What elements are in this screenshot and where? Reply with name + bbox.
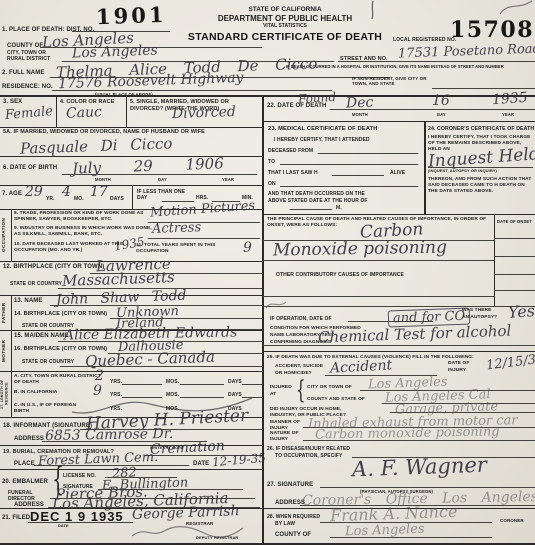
- accident-label-1: ACCIDENT, SUICIDE: [275, 364, 323, 370]
- coroner-certificate-title: 24. CORONER'S CERTIFICATE OF DEATH: [428, 126, 534, 132]
- mos-label: MOS.: [166, 379, 179, 385]
- injury-city-label: CITY OR TOWN OF: [307, 385, 352, 391]
- death-year-value: 1935: [491, 90, 528, 108]
- medical-line-3: TO: [268, 159, 275, 165]
- when-required-label-2: BY LAW: [275, 521, 295, 527]
- registrar-signature: George Parrish: [132, 503, 240, 523]
- local-registered-number: 15708: [450, 17, 534, 43]
- nature-label-2: INJURY: [270, 437, 288, 443]
- year-label: YEAR: [502, 112, 514, 117]
- accident-value: Accident: [330, 357, 393, 376]
- residence-b-label: B. IN CALIFORNIA: [14, 390, 57, 396]
- sex-label: 3. SEX: [3, 99, 22, 106]
- father-side-label: FATHER: [1, 297, 7, 329]
- father-name-label: 13. NAME: [14, 298, 42, 305]
- physician-signature: A. F. Wagner: [352, 453, 488, 482]
- district-number-stamp: 1901: [96, 2, 167, 29]
- street-note: IF DEATH OCCURRED IN A HOSPITAL OR INSTI…: [286, 64, 504, 69]
- medical-m-label: M.: [336, 205, 342, 211]
- hrs-label: HRS.: [196, 195, 208, 201]
- injury-date-label-2: INJURY: [448, 368, 466, 374]
- signature-label: 27. SIGNATURE: [267, 482, 313, 489]
- local-registered-label: LOCAL REGISTERED NO.: [393, 37, 456, 43]
- certificate-title: STANDARD CERTIFICATE OF DEATH: [165, 31, 405, 43]
- yrs-label: YRS.: [110, 379, 122, 385]
- medical-certificate-title: 23. MEDICAL CERTIFICATE OF DEATH: [268, 126, 377, 133]
- industry-value: Actress: [152, 220, 202, 237]
- injury-place-label-1: DID INJURY OCCUR IN HOME,: [270, 407, 342, 413]
- day-label: DAY: [437, 112, 446, 117]
- injury-date-label-1: DATE OF: [448, 361, 469, 367]
- accident-label-2: OR HOMICIDE?: [275, 371, 312, 377]
- spouse-label: 5A. IF MARRIED, WIDOWED OR DIVORCED, NAM…: [3, 129, 205, 136]
- mother-side-label: MOTHER: [1, 333, 7, 369]
- death-found-note: Found: [298, 90, 337, 107]
- brace-glyph: {: [296, 375, 306, 406]
- years-spent-label: 11. TOTAL YEARS SPENT IN THIS OCCUPATION: [136, 243, 228, 255]
- death-certificate-scan: 1901 STATE OF CALIFORNIA DEPARTMENT OF P…: [0, 0, 535, 545]
- state-or-country-label: STATE OR COUNTRY: [10, 281, 62, 287]
- month-label: MONTH: [95, 177, 111, 182]
- trade-label: 8. TRADE, PROFESSION OR KIND OF WORK DON…: [14, 211, 159, 223]
- last-worked-label: 10. DATE DECEASED LAST WORKED AT THIS OC…: [14, 242, 126, 254]
- disease-injury-label-1: 26. IF DISEASE/INJURY RELATED: [267, 446, 350, 452]
- medical-line-7: ABOVE STATED DATE AT THE HOUR OF: [268, 198, 368, 204]
- coroner-paren-note: (INQUEST, AUTOPSY OR INQUIRY): [428, 169, 497, 174]
- age-days-value: 17: [90, 184, 108, 200]
- residence-label: RESIDENCE: NO.: [2, 84, 53, 91]
- year-label: YEAR: [222, 177, 234, 182]
- ink-mark: [498, 0, 534, 16]
- contributory-causes-label: OTHER CONTRIBUTORY CAUSES OF IMPORTANCE: [276, 272, 404, 278]
- coroner-line-3: THEREON, AND FROM SUCH ACTION THAT SAID …: [428, 177, 532, 194]
- medical-line-4: THAT I LAST SAW H: [268, 170, 318, 176]
- residence-a-value: 2: [95, 368, 104, 384]
- age-years-value: 29: [25, 184, 43, 200]
- medical-line-4b: ALIVE: [390, 170, 405, 176]
- years-spent-value: 9: [243, 240, 252, 256]
- medical-line-5: ON: [268, 181, 276, 187]
- ink-mark: [264, 297, 288, 311]
- mother-name-label: 15. MAIDEN NAME: [14, 333, 69, 340]
- manner-label-1: MANNER OF: [270, 420, 300, 426]
- medical-line-6: AND THAT DEATH OCCURRED ON THE: [268, 191, 365, 197]
- if-less-than-label: IF LESS THAN ONE DAY: [137, 189, 189, 201]
- occupation-side-label: OCCUPATION: [1, 210, 7, 260]
- street-value: 17531 Posetano Road: [398, 42, 535, 62]
- autopsy-value: Yes: [507, 301, 535, 322]
- injury-county-label: COUNTY AND STATE OF: [307, 397, 365, 403]
- filed-date-label: DATE: [58, 524, 68, 529]
- cause-of-death-line2: Monoxide poisoning: [273, 237, 447, 260]
- county-of-label: COUNTY OF: [275, 532, 311, 539]
- age-label: 7. AGE: [2, 191, 22, 198]
- autopsy-label-2: AN AUTOPSY?: [462, 315, 497, 321]
- yr-label: YR.: [46, 196, 55, 202]
- death-day-value: 16: [432, 93, 450, 109]
- when-required-label-1: 28. WHEN REQUIRED: [267, 514, 320, 520]
- age-months-value: 4: [62, 184, 71, 200]
- month-label: MONTH: [352, 112, 368, 117]
- disease-injury-label-2: TO OCCUPATION, SPECIFY: [275, 453, 342, 459]
- ink-mark: [368, 0, 378, 20]
- medical-line-2: DECEASED FROM: [268, 148, 313, 154]
- injury-date-value: 12/15/35: [485, 351, 535, 373]
- city-value: Los Angeles: [72, 43, 158, 62]
- nonresident-note: IF NON-RESIDENT, GIVE CITY OR TOWN, AND …: [352, 76, 430, 87]
- marital-value: Divorced: [172, 104, 236, 122]
- sex-value: Female: [4, 104, 53, 123]
- deputy-registrar-label: DEPUTY REGISTRAR: [196, 536, 238, 541]
- injured-at-label-2: AT: [270, 392, 276, 398]
- mother-state-label: STATE OR COUNTRY: [22, 359, 74, 365]
- date-of-onset-label: DATE OF ONSET: [497, 219, 533, 224]
- license-label: LICENSE NO.: [63, 473, 96, 479]
- full-name-label: 2. FULL NAME: [2, 70, 44, 77]
- filed-label: 21. FILED: [2, 515, 30, 522]
- race-value: Cauc: [66, 104, 103, 122]
- injured-at-label-1: INJURED: [270, 385, 292, 391]
- dob-label: 6. DATE OF BIRTH: [3, 165, 57, 172]
- spouse-value: Pasquale Di Cicco: [20, 134, 173, 157]
- vital-statistics-label: VITAL STATISTICS: [165, 23, 405, 29]
- nature-label-1: NATURE OF: [270, 431, 299, 437]
- informant-address-label: ADDRESS: [14, 436, 44, 443]
- father-birthplace-label: 14. BIRTHPLACE (CITY OR TOWN): [14, 311, 107, 318]
- birthplace-state-value: Massachusetts: [62, 268, 175, 290]
- physician-address-label: ADDRESS: [275, 500, 305, 507]
- autopsy-label-1: WAS THERE: [462, 308, 491, 314]
- operation-date-label: IF OPERATION, DATE OF: [270, 316, 332, 322]
- coroner-label: CORONER: [500, 518, 524, 523]
- city-label: CITY, TOWN OR RURAL DISTRICT: [7, 50, 61, 62]
- length-of-residence-side-label: 17. LENGTH OF RESIDENCE: [0, 372, 10, 416]
- burial-place-label: PLACE: [14, 461, 35, 468]
- day-label: DAY: [158, 177, 167, 182]
- funeral-director-label: FUNERAL DIRECTOR: [8, 490, 50, 502]
- embalmer-label: 20. EMBALMER: [2, 479, 48, 486]
- days-label: DAYS: [228, 379, 242, 385]
- medical-line-1: I HEREBY CERTIFY, THAT I ATTENDED: [274, 137, 370, 143]
- days-label: DAYS: [110, 196, 124, 202]
- burial-date-label: DATE: [193, 461, 209, 468]
- mo-label: MO.: [74, 196, 84, 202]
